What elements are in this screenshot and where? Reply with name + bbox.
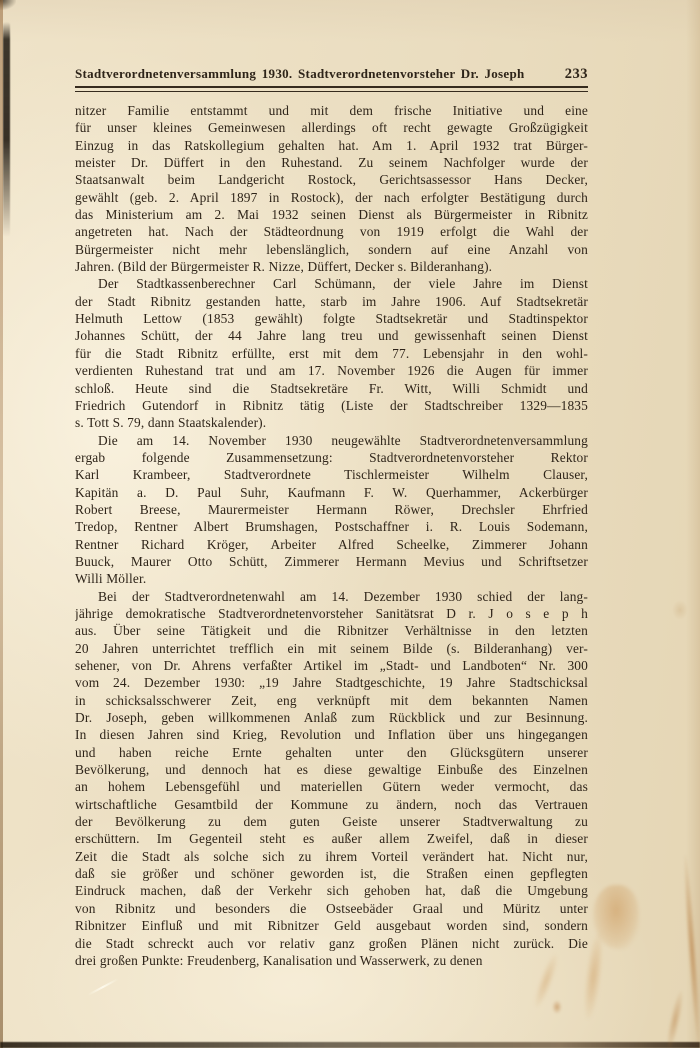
text-line: Karl Krambeer, Stadtverordnete Tischlerm… xyxy=(75,467,588,484)
text-line: erschüttern. Im Gegenteil steht es außer… xyxy=(75,831,588,848)
text-line: verdienten Ruhestand trat und am 17. Nov… xyxy=(75,363,588,380)
text-line: der Stadt Ribnitz gestanden hatte, starb… xyxy=(75,294,588,311)
running-head-title: Stadtverordnetenversammlung 1930. Stadtv… xyxy=(75,66,525,82)
text-line: die Stadt schreckt auch vor relativ ganz… xyxy=(75,936,588,953)
text-line: Die am 14. November 1930 neugewählte Sta… xyxy=(75,433,588,450)
text-line: an hohem Lebensgefühl und materiellen Gü… xyxy=(75,779,588,796)
text-line: das Ministerium am 2. Mai 1932 seinen Di… xyxy=(75,207,588,224)
text-line: Ribnitzer Einfluß und mit Ribnitzer Geld… xyxy=(75,918,588,935)
running-head: Stadtverordnetenversammlung 1930. Stadtv… xyxy=(75,66,588,83)
text-line: Staatsanwalt beim Landgericht Rostock, G… xyxy=(75,172,588,189)
text-line: Dr. Joseph, geben willkommenen Anlaß zum… xyxy=(75,710,588,727)
text-line: wirtschaftliche Gesamtbild der Kommune z… xyxy=(75,797,588,814)
text-line: sehener, von Dr. Ahrens verfaßter Artike… xyxy=(75,658,588,675)
text-line: s. Tott S. 79, dann Staatskalender). xyxy=(75,415,588,432)
text-line: Tredop, Rentner Albert Brumshagen, Posts… xyxy=(75,519,588,536)
page-number: 233 xyxy=(565,66,588,83)
text-line: vom 24. Dezember 1930: „19 Jahre Stadtge… xyxy=(75,675,588,692)
text-line: daß sie größer und schöner geworden ist,… xyxy=(75,866,588,883)
text-line: Jahren. (Bild der Bürgermeister R. Nizze… xyxy=(75,259,588,276)
text-line: Rentner Richard Kröger, Arbeiter Alfred … xyxy=(75,537,588,554)
gutter-shadow xyxy=(3,22,10,237)
body-text: nitzer Familie entstammt und mit dem fri… xyxy=(75,103,588,970)
text-line: Eindruck machen, daß der Verkehr sich ge… xyxy=(75,883,588,900)
running-head-double-rule xyxy=(75,86,588,92)
text-line: Buuck, Maurer Otto Schütt, Zimmerer Herm… xyxy=(75,554,588,571)
text-line: und haben reiche Ernte gehalten unter de… xyxy=(75,745,588,762)
text-line: Bürgermeister nicht mehr lebenslänglich,… xyxy=(75,242,588,259)
paragraph: Der Stadtkassenberechner Carl Schümann, … xyxy=(75,276,588,432)
text-line: Willi Möller. xyxy=(75,571,588,588)
text-line: In diesen Jahren sind Krieg, Revolution … xyxy=(75,727,588,744)
paragraph: Bei der Stadtverordnetenwahl am 14. Deze… xyxy=(75,589,588,971)
scratch-mark xyxy=(88,978,119,996)
text-line: angetreten hat. Nach der Städteordnung v… xyxy=(75,224,588,241)
text-line: von Ribnitz und besonders die Ostseebäde… xyxy=(75,901,588,918)
text-line: für die Stadt Ribnitz erfüllte, erst mit… xyxy=(75,346,588,363)
paper-spot xyxy=(672,600,688,620)
text-line: in schicksalsschwerer Zeit, eng verknüpf… xyxy=(75,693,588,710)
text-line: Der Stadtkassenberechner Carl Schümann, … xyxy=(75,276,588,293)
text-line: Friedrich Gutendorf in Ribnitz tätig (Li… xyxy=(75,398,588,415)
text-line: jährige demokratische Stadtverordnetenvo… xyxy=(75,606,588,623)
text-line: drei großen Punkte: Freudenberg, Kanalis… xyxy=(75,953,588,970)
stain xyxy=(552,1000,562,1014)
text-line: Johannes Schütt, der 44 Jahre lang treu … xyxy=(75,328,588,345)
text-line: Bevölkerung, und dennoch hat es diese ge… xyxy=(75,762,588,779)
paragraph: nitzer Familie entstammt und mit dem fri… xyxy=(75,103,588,276)
scan-bottom-shadow xyxy=(0,1042,700,1048)
text-line: Einzug in das Ratskollegium gehalten hat… xyxy=(75,138,588,155)
stain xyxy=(664,990,686,1048)
text-line: Kapitän a. D. Paul Suhr, Kaufmann F. W. … xyxy=(75,485,588,502)
text-line: ergab folgende Zusammensetzung: Stadtver… xyxy=(75,450,588,467)
text-line: 20 Jahren unterrichtet trefflich ein mit… xyxy=(75,641,588,658)
text-line: für unser kleines Gemeinwesen allerdings… xyxy=(75,120,588,137)
page-left-edge xyxy=(0,0,3,1048)
text-line: gewählt (geb. 2. April 1897 in Rostock),… xyxy=(75,190,588,207)
text-line: Zeit die Stadt als solche sich zu ihrem … xyxy=(75,849,588,866)
text-line: meister Dr. Düffert in den Ruhestand. Zu… xyxy=(75,155,588,172)
text-line: nitzer Familie entstammt und mit dem fri… xyxy=(75,103,588,120)
text-line: Robert Breese, Maurermeister Hermann Röw… xyxy=(75,502,588,519)
text-line: Bei der Stadtverordnetenwahl am 14. Deze… xyxy=(75,589,588,606)
text-line: Helmuth Lettow (1853 gewählt) folgte Sta… xyxy=(75,311,588,328)
paragraph: Die am 14. November 1930 neugewählte Sta… xyxy=(75,433,588,589)
text-line: schloß. Heute sind die Stadtsekretäre Fr… xyxy=(75,381,588,398)
text-line: aus. Über seine Tätigkeit und die Ribnit… xyxy=(75,623,588,640)
text-line: der Bevölkerung zu dem guten Geiste unse… xyxy=(75,814,588,831)
book-page: Stadtverordnetenversammlung 1930. Stadtv… xyxy=(0,0,700,1048)
